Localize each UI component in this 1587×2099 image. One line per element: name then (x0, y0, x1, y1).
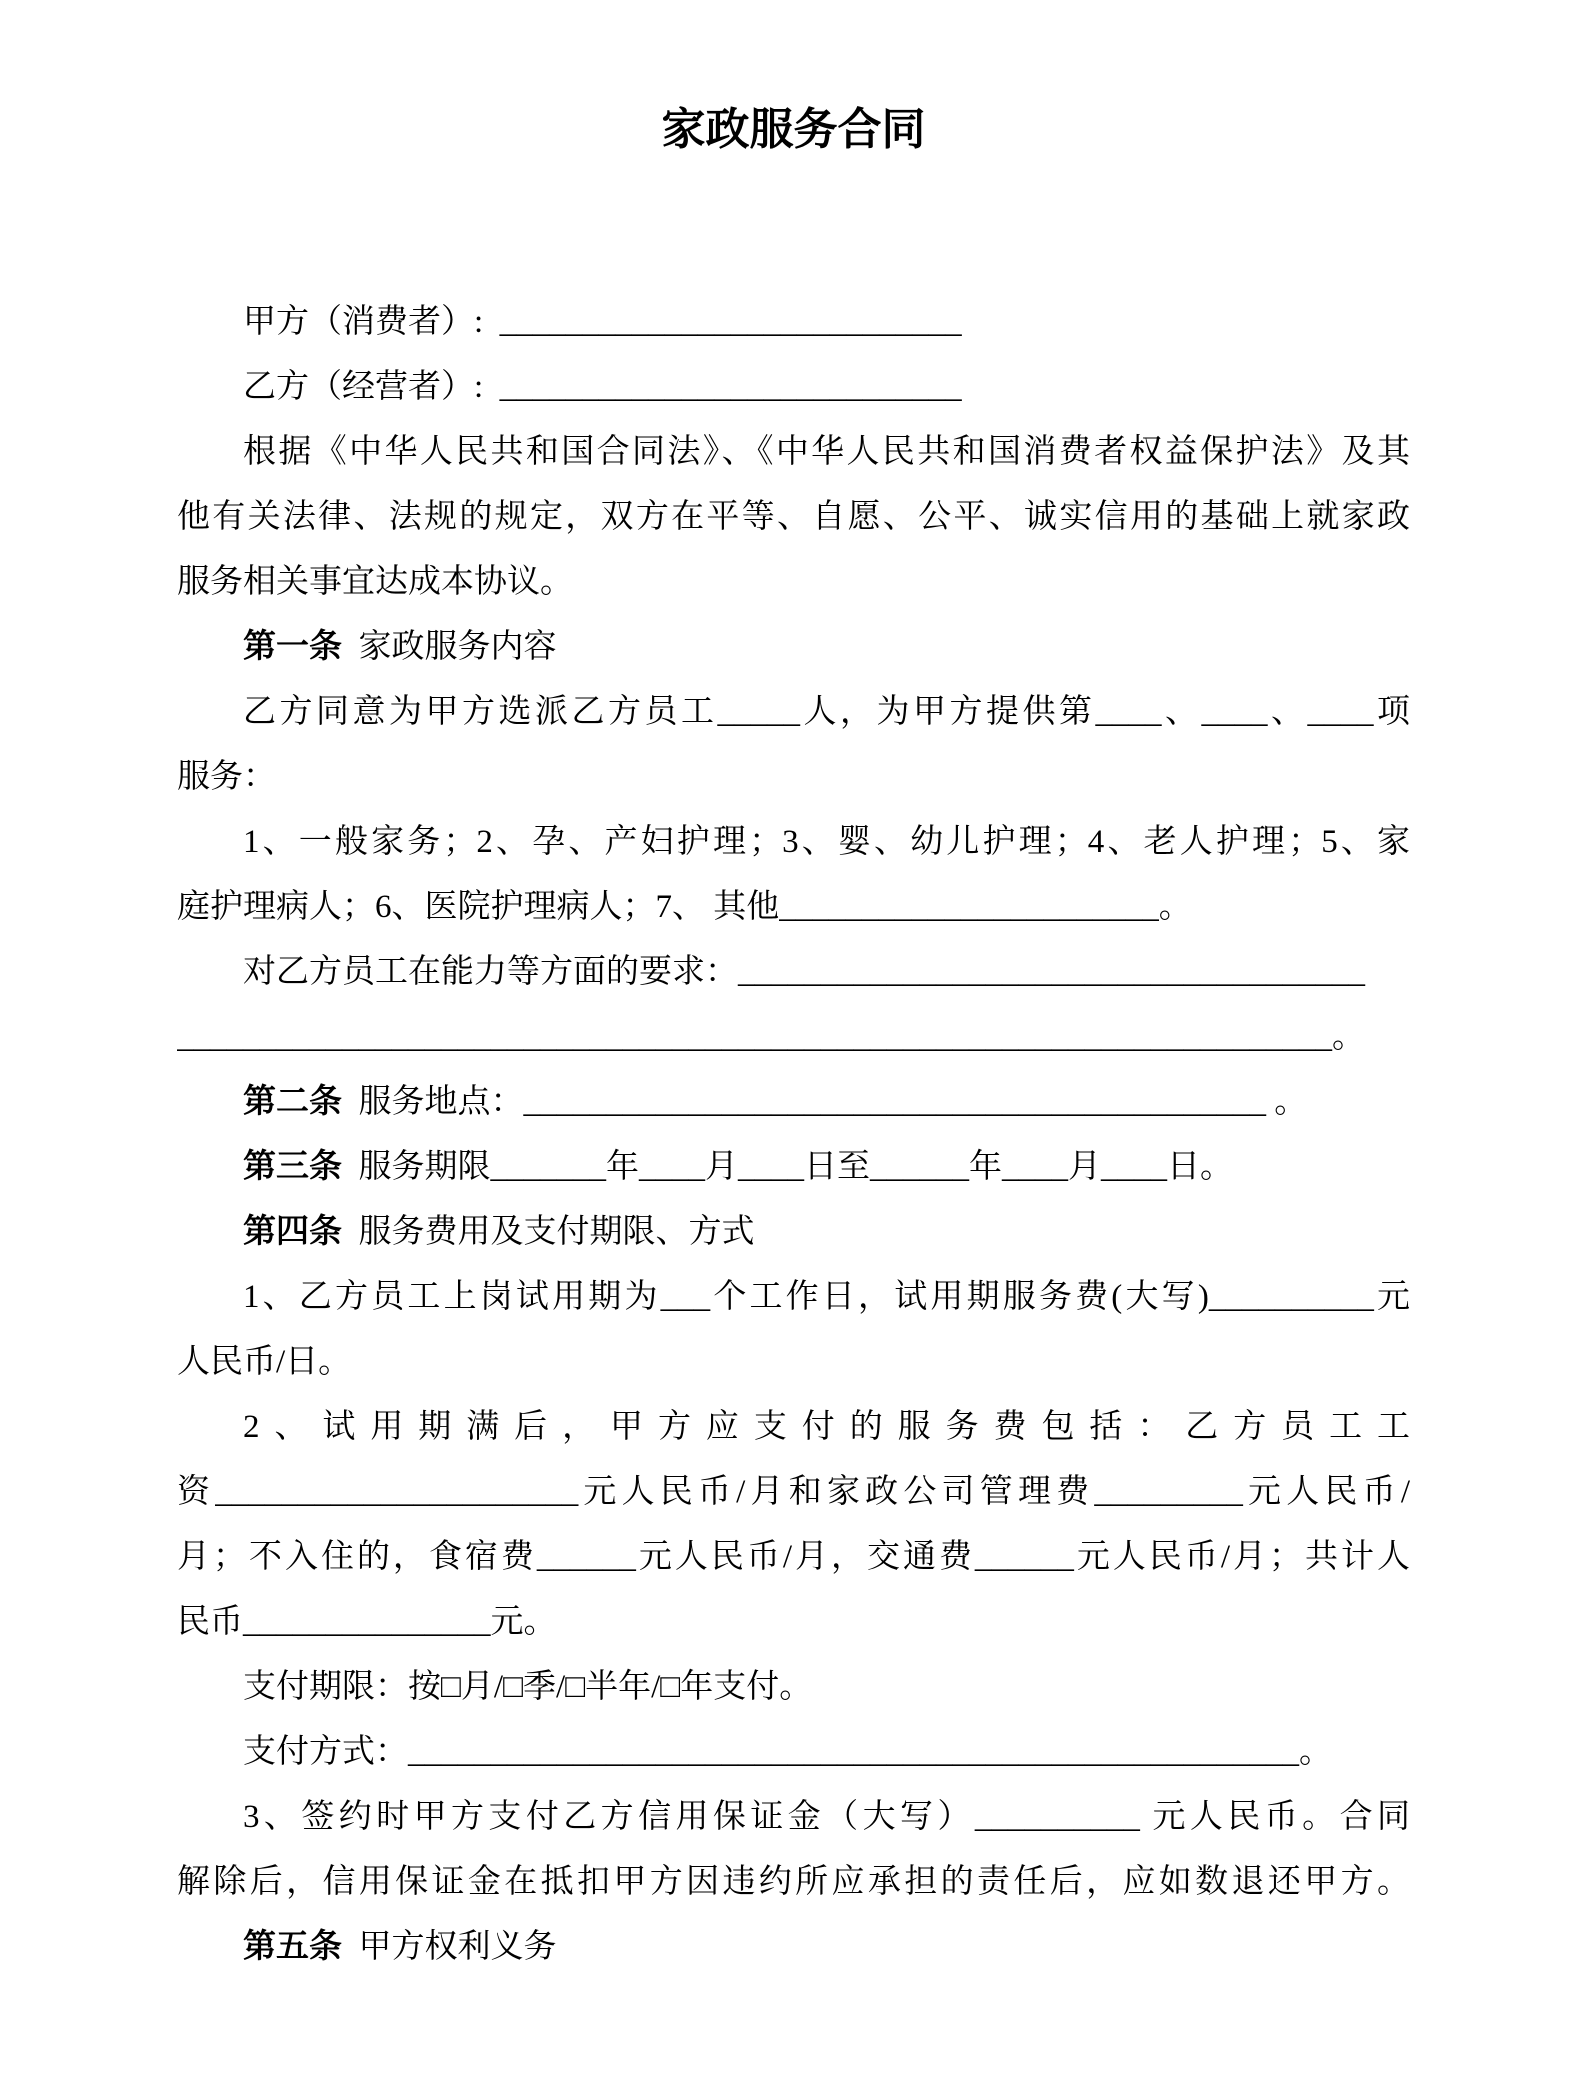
party-b-line: 乙方（经营者）: ____________________________ (177, 355, 1410, 420)
clause-5-heading: 第五条 甲方权利义务 (177, 1915, 1410, 1980)
preamble-line: 他有关法律、法规的规定，双方在平等、自愿、公平、诚实信用的基础上就家政 (177, 485, 1410, 550)
clause-1-heading: 第一条 家政服务内容 (177, 615, 1410, 680)
staff-requirements-line: 对乙方员工在能力等方面的要求：_________________________… (177, 940, 1410, 1005)
deposit-line: 解除后，信用保证金在抵扣甲方因违约所应承担的责任后，应如数退还甲方。 (177, 1850, 1410, 1915)
contract-document: 家政服务合同 甲方（消费者）: ________________________… (177, 0, 1410, 1980)
clause-2-service-location: 第二条 服务地点：_______________________________… (177, 1070, 1410, 1135)
document-title: 家政服务合同 (177, 95, 1410, 165)
clause-1-text-line: 服务： (177, 745, 1410, 810)
staff-requirements-line: ________________________________________… (177, 1005, 1410, 1070)
service-options-line: 庭护理病人；6、医院护理病人；7、 其他____________________… (177, 875, 1410, 940)
clause-4-heading: 第四条 服务费用及支付期限、方式 (177, 1200, 1410, 1265)
service-options-line: 1、一般家务；2、孕、产妇护理；3、婴、幼儿护理；4、老人护理；5、家 (177, 810, 1410, 875)
trial-period-line: 人民币/日。 (177, 1330, 1410, 1395)
service-fee-line: 资______________________元人民币/月和家政公司管理费___… (177, 1460, 1410, 1525)
clause-3-service-term: 第三条 服务期限_______年____月____日至______年____月_… (177, 1135, 1410, 1200)
payment-term-line: 支付期限：按□月/□季/□半年/□年支付。 (177, 1655, 1410, 1720)
party-a-line: 甲方（消费者）: ____________________________ (177, 290, 1410, 355)
clause-1-text-line: 乙方同意为甲方选派乙方员工_____人，为甲方提供第____、____、____… (177, 680, 1410, 745)
deposit-line: 3、签约时甲方支付乙方信用保证金（大写）__________ 元人民币。合同 (177, 1785, 1410, 1850)
service-fee-line: 民币_______________元。 (177, 1590, 1410, 1655)
service-fee-line: 月；不入住的，食宿费______元人民币/月，交通费______元人民币/月；共… (177, 1525, 1410, 1590)
payment-method-line: 支付方式：___________________________________… (177, 1720, 1410, 1785)
preamble-line: 服务相关事宜达成本协议。 (177, 550, 1410, 615)
preamble-line: 根据《中华人民共和国合同法》、《中华人民共和国消费者权益保护法》及其 (177, 420, 1410, 485)
document-body: 甲方（消费者）: ____________________________ 乙方… (177, 290, 1410, 1980)
service-fee-line: 2、试用期满后，甲方应支付的服务费包括：乙方员工工 (177, 1395, 1410, 1460)
trial-period-line: 1、乙方员工上岗试用期为___个工作日，试用期服务费(大写)__________… (177, 1265, 1410, 1330)
